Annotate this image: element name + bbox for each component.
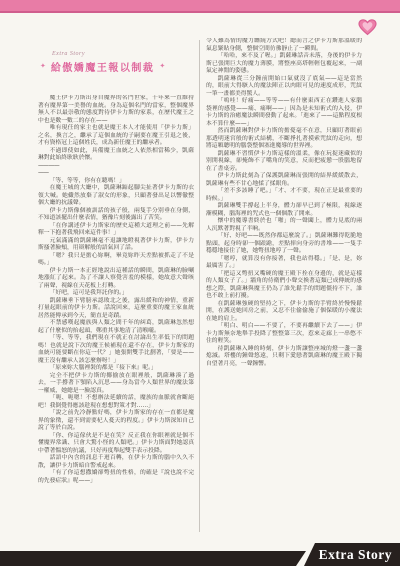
heart-icon-svg [358,19,377,36]
paragraph: 凱薩琳垂下臂膀承認敗北之後，露出緩和的神情，重新打量起眼前的伊卡力斯。話說回來，… [38,298,194,321]
paragraph: 完全不把伊卡力斯的揶揄放在眼裡般，凱薩琳湊了過去，一手撐著下顎陷入沉思——身為當… [38,373,194,396]
paragraph: 「有了你這想撒嬌卻彆扭的性格，的確是『說也說不完的先發症狀』呢——」 [38,470,194,485]
paragraph: 「把這又彆扭又嘴硬的魔王殿下拴在身邊的，就是這樣的人類女子了。」牆角的侍衛們小聲… [206,271,362,301]
paragraph: 「在你講述伊卡力斯家的歷史這種大道理之前——先解釋一下抱著我飛回來這件事！」 [38,223,194,238]
scene-divider: ———— [38,163,194,171]
paragraph: 「原來妳大腦裡裝的都是『接下來』呢。」 [38,365,194,373]
paragraph: 伊卡力斯此刻為了保護凱薩琳而張開的結界緩緩散去，凱薩琳有些不甘心地揉了揉眼角。 [206,173,362,188]
footer-bar [0,551,306,566]
paragraph: 在凱薩琳強硬的堅持之下，伊卡力斯的手臂終於慢慢鬆開，在護送她回房之前，又忍不住偷… [206,301,362,324]
paragraph: 魔王伊卡力斯出身自魔界的名門世家，千年來一直維持著有魔界第一美譽的血統。身為這個… [38,95,194,125]
column-divider [199,40,200,532]
paragraph: 「嗚哇！好痛——等等——有什麼東西正在鑽進人家腦袋裡的感覺——痛、痛啊——」因為… [206,98,362,128]
book-page: Extra Story ✦ 給傲嬌魔王報以制裁 ✦ 魔王伊卡力斯出身自魔界的名門… [0,0,400,566]
paragraph: 唯有現任的家主也就是魔王本人才能使用「伊卡力斯」之名，換言之，繼承了這個血統的子… [38,125,194,148]
star-ornament-left-icon: ✦ [40,63,46,70]
paragraph: 「哈哈，來不及了喔。」凱薩琳話音未落，身後的伊卡力斯已張開巨大的魔力薄膜，將整座… [206,53,362,76]
paragraph: 「嗯？我只是擔心妳啊，畢竟妳昨天差點被抓走了不是嗎。」 [38,253,194,268]
text-column-left: 魔王伊卡力斯出身自魔界的名門世家，千年來一直維持著有魔界第一美譽的血統。身為這個… [38,95,194,532]
paragraph: 伊卡力斯一本正經地說出這種話的瞬間，凱薩琳的臉唰地漲紅了起來。為了不讓人察覺害羞… [38,268,194,291]
paragraph: 然而凱薩琳對伊卡力斯的擔憂毫不在意，只顧盯著眼前那透明迷宮般的術式結構，不斷掙扎… [206,128,362,151]
paragraph: 「差不多該睡了吧。」「才、才不要，現在正是最重要的時候。」 [206,188,362,203]
paragraph: 「嗯哼，就算沒有你接著，我也站得穩。」「是、是，妳最厲害了。」 [206,256,362,271]
footer-label: Extra Story [319,547,400,563]
text-column-right: 令人難為情的魔力纏繞方式吧！總而言之伊卡力斯那溫暖的氣息緊貼身側，整個空間彷彿靜… [206,38,362,532]
paragraph: 在魔王城的大廳中，凱薩琳踮起腳尖扯著伊卡力斯的衣領大喊。她儼然放棄了淑女的形象，… [38,185,194,208]
star-ornament-right-icon: ✦ [159,63,165,70]
paragraph: 凱薩琳雙手撐起上半身，體力卻早已到了極限，視線逐漸模糊，腦海裡的咒式也一個個散了… [206,203,362,218]
paragraph: 「呃、呃嗯！不想辦法延續的話，魔族的血脈就會斷絕吧！我倒覺得應該趁現在想想對策才… [38,395,194,410]
paragraph: 「好、好吧——既然你都這麼說了。」凱薩琳難得乾脆地點頭，起身時卻一個踉蹌，差點摔… [206,233,362,256]
scene-divider: —— [38,170,194,178]
paragraph: 不禁感嘆起魔族與人類之間千年的糾葛，凱薩琳忽然想起了什麼似的抬起頭，鄭重其事地清… [38,320,194,335]
paragraph: 「等、等等，我們現在不就正在討論出生率低下的問題嗎！也就是說下次的魔王候補現在還… [38,335,194,365]
paragraph: 「明白、明白——不要了，不要再繼續下去了——」伊卡力斯無奈地舉手投降了整整第三次… [206,323,362,346]
paragraph: 待凱薩琳入睡的時刻，伊卡力斯讓整座城的燈一盞一盞熄滅。塔樓的鐘聲悠遠，只剩下愛戀… [206,346,362,369]
paragraph: 「好吧，這可是我拜託你的。」 [38,290,194,298]
top-accent-bar [0,0,400,13]
paragraph: 凱薩琳不習慣伊卡力斯這樣的溫柔，像在玩捉迷藏似的別開視線，卻掩飾不了嘴角的笑意，… [206,151,362,174]
paragraph: 「等、等等，你有在聽嗎！」 [38,178,194,186]
heart-icon [358,19,377,36]
paragraph: 凱薩琳從三分鐘前開始口氣就沒了底氣——這是當然的，眼前大得駭人的魔法陣正以肉眼可… [206,76,362,99]
chapter-header: Extra Story ✦ 給傲嬌魔王報以制裁 ✦ [40,51,196,74]
paragraph: 話語中內含的訊息千迴百轉，在伊卡力斯的腦中久久不散，讓伊卡力斯暗自警戒起來。 [38,455,194,470]
paragraph: 元氣滿滿的凱薩琳毫不退讓地瞪視著伊卡力斯，伊卡力斯搔著臉頰，用辯解般的語氣回了話… [38,238,194,253]
paragraph: 伊卡力斯像個被訓話的孩子般，兩隻手分別垂在身側，不知道該擺出什麼表情，猶豫片刻後… [38,208,194,223]
footer-banner: Extra Story [304,543,400,566]
paragraph: 不過即使如此，具備魔王血統之人依然相當稀少，凱薩琳對此始終耿耿於懷。 [38,148,194,163]
paragraph: 令人難為情的魔力纏繞方式吧！總而言之伊卡力斯那溫暖的氣息緊貼身側，整個空間彷彿靜… [206,38,362,53]
paragraph: 「你、你這傢伙是不是在笑？反正我在你眼裡就是個不懂魔界常識、只會大驚小怪的人類吧… [38,433,194,456]
chapter-title-row: ✦ 給傲嬌魔王報以制裁 ✦ [40,59,196,74]
chapter-title: 給傲嬌魔王報以制裁 [51,59,155,74]
paragraph: 懷中的魔導書終於也「啪」的一聲闔上，體力見底的兩人沉默著對視了半晌。 [206,218,362,233]
chapter-kicker: Extra Story [52,51,196,57]
paragraph: 「說之前先冷靜點好嗎，伊卡力斯家的存在一直都是魔界的象徵，還不到需要杞人憂天的程… [38,410,194,433]
